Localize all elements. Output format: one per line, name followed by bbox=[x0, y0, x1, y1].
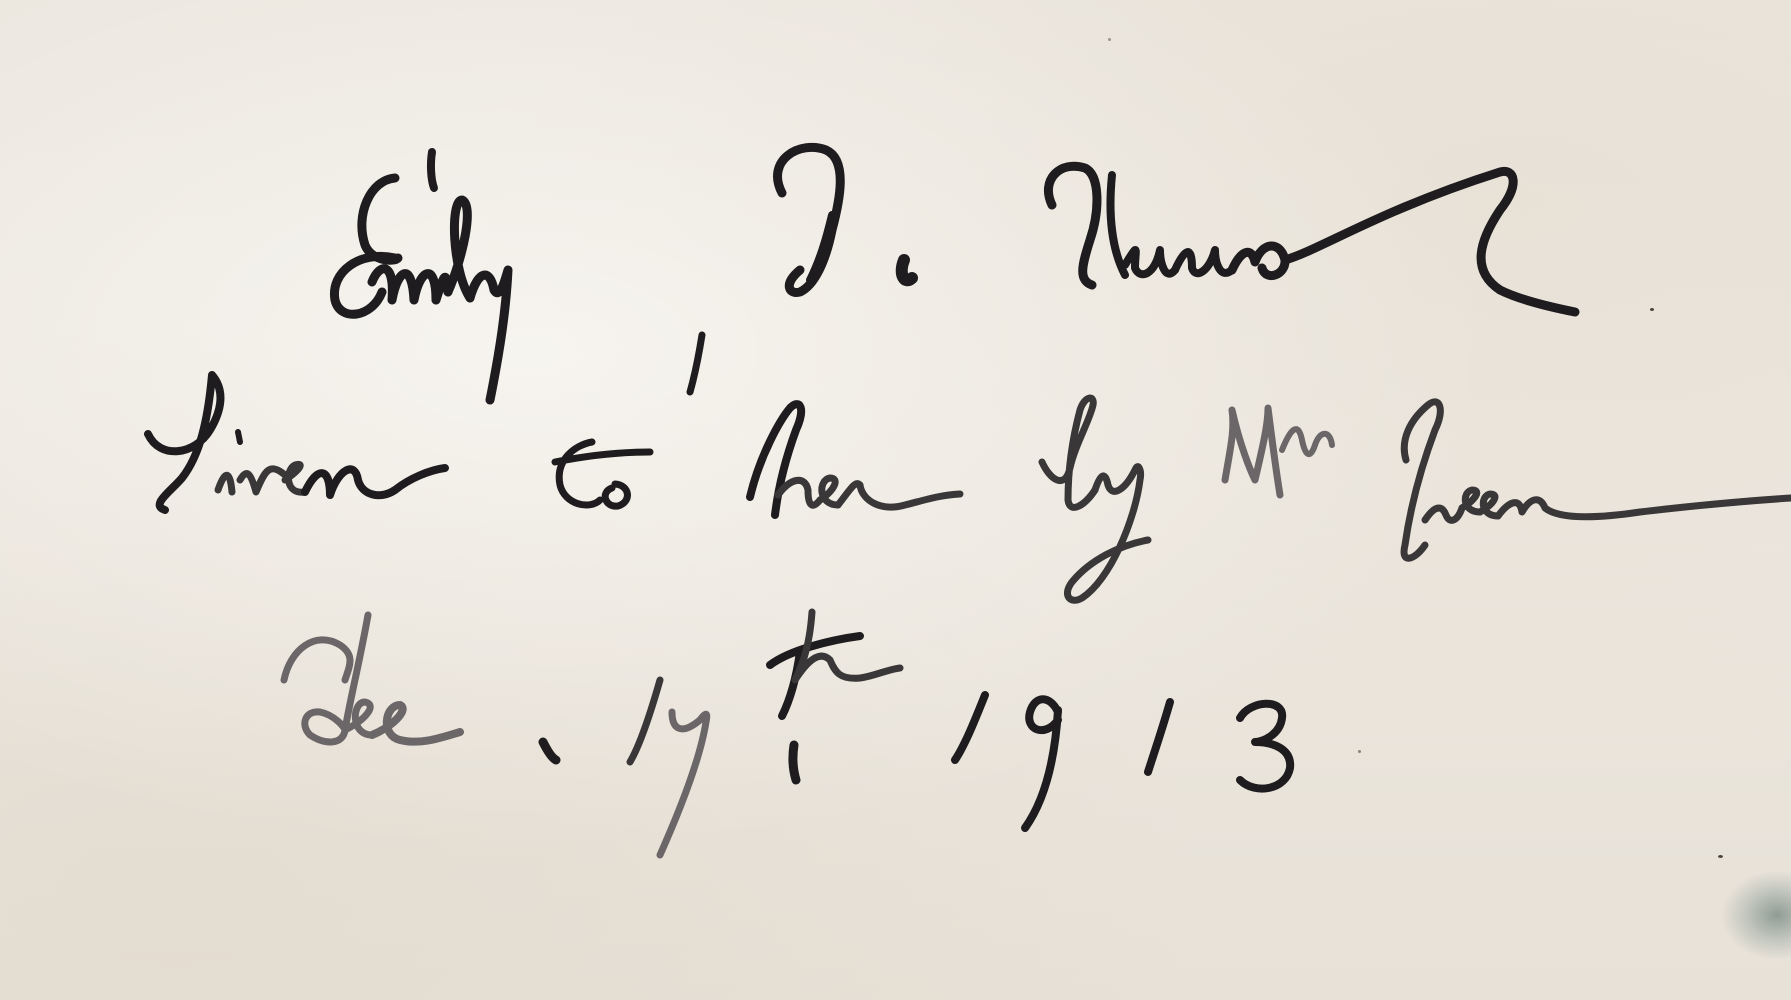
handwriting-strokes bbox=[0, 0, 1791, 1000]
paper-speck bbox=[1358, 750, 1361, 753]
paper-stain bbox=[1721, 870, 1791, 960]
handwriting-line-name bbox=[334, 147, 1575, 400]
paper-speck bbox=[1108, 38, 1111, 41]
handwriting-line-given bbox=[148, 335, 1791, 600]
inscription-page: Emily D. Duval Given to her by Mrs Green… bbox=[0, 0, 1791, 1000]
paper-speck bbox=[1718, 855, 1723, 858]
handwriting-line-date bbox=[284, 612, 1290, 855]
paper-speck bbox=[1650, 308, 1654, 311]
